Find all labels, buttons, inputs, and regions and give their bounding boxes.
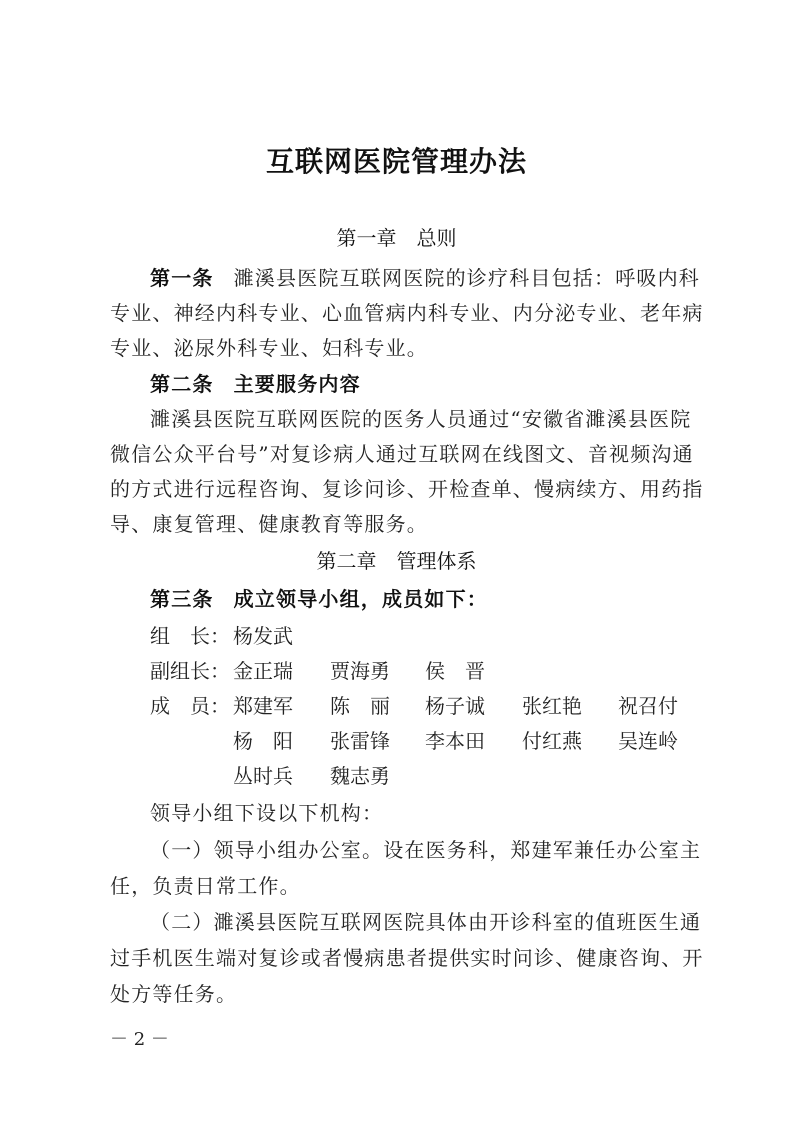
article-2-heading: 第二条主要服务内容 (150, 368, 730, 397)
article-3-heading: 第三条成立领导小组，成员如下： (150, 583, 730, 612)
organ-1-line: 任，负责日常工作。 (110, 870, 690, 899)
article-1-line: 专业、泌尿外科专业、妇科专业。 (110, 332, 690, 361)
member-name: 吴连岭 (618, 725, 678, 754)
article-1-label: 第一条 (150, 266, 214, 290)
article-1-line: 专业、神经内科专业、心血管病内科专业、内分泌专业、老年病 (110, 297, 690, 326)
article-2-line: 微信公众平台号”对复诊病人通过互联网在线图文、音视频沟通 (110, 438, 690, 467)
member-name: 杨子诚 (425, 690, 485, 719)
organ-1-line: （一）领导小组办公室。设在医务科，郑建军兼任办公室主 (150, 834, 730, 863)
deputy-name: 贾海勇 (330, 655, 390, 684)
organs-intro: 领导小组下设以下机构： (150, 797, 730, 826)
article-3-label: 第三条 (150, 587, 214, 611)
chapter-1-heading: 第一章 总则 (0, 222, 793, 251)
document-title: 互联网医院管理办法 (0, 140, 793, 180)
page-number: － 2 － (110, 1025, 169, 1051)
member-name: 付红燕 (522, 725, 582, 754)
member-name: 郑建军 (233, 690, 293, 719)
member-name: 张红艳 (522, 690, 582, 719)
deputy-name: 侯 晋 (425, 655, 485, 684)
organ-2-line: 处方等任务。 (110, 978, 690, 1007)
member-name: 祝召付 (618, 690, 678, 719)
member-name: 丛时兵 (233, 760, 293, 789)
article-2-line: 濉溪县医院互联网医院的医务人员通过“安徽省濉溪县医院 (150, 403, 730, 432)
article-1-first-line: 第一条濉溪县医院互联网医院的诊疗科目包括：呼吸内科 (150, 262, 730, 291)
article-2-line: 的方式进行远程咨询、复诊问诊、开检查单、慢病续方、用药指 (110, 473, 690, 502)
organ-2-line: 过手机医生端对复诊或者慢病患者提供实时问诊、健康咨询、开 (110, 942, 690, 971)
member-name: 魏志勇 (330, 760, 390, 789)
member-name: 张雷锋 (330, 725, 390, 754)
article-2-title: 主要服务内容 (234, 372, 361, 396)
document-page: 互联网医院管理办法 第一章 总则 第一条濉溪县医院互联网医院的诊疗科目包括：呼吸… (0, 0, 793, 1122)
article-2-line: 导、康复管理、健康教育等服务。 (110, 508, 690, 537)
article-1-text: 濉溪县医院互联网医院的诊疗科目包括：呼吸内科 (234, 266, 700, 290)
member-name: 李本田 (425, 725, 485, 754)
member-name: 陈 丽 (330, 690, 390, 719)
chapter-2-heading: 第二章 管理体系 (0, 545, 793, 574)
leader-name: 杨发武 (233, 620, 293, 649)
leader-label: 组 长： (150, 620, 230, 649)
members-label: 成 员： (150, 690, 230, 719)
organ-2-line: （二）濉溪县医院互联网医院具体由开诊科室的值班医生通 (150, 906, 730, 935)
member-name: 杨 阳 (233, 725, 293, 754)
article-3-title: 成立领导小组，成员如下： (234, 587, 488, 611)
article-2-label: 第二条 (150, 372, 214, 396)
deputy-label: 副组长： (150, 655, 230, 684)
deputy-name: 金正瑞 (233, 655, 293, 684)
